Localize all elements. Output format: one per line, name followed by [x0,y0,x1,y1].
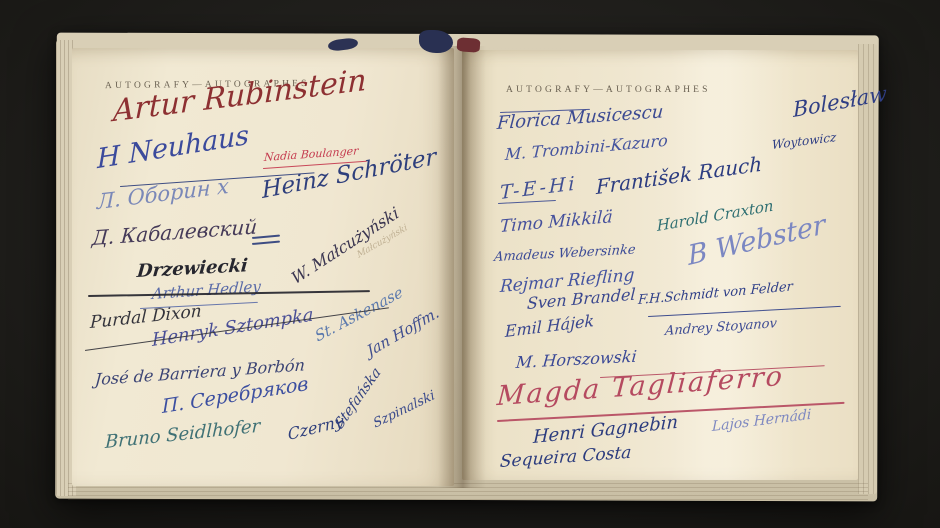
signature-boleslaw-woytowicz: Bolesław [793,83,888,121]
signature-sequeira-costa: Sequeira Costa [499,445,632,471]
signature-szpinalski: Szpinalski [372,389,436,431]
signature-artur-rubinstein: Artur Rubinstein [113,66,367,127]
signature-bruno-seidlhofer: Bruno Seidlhofer [105,418,261,452]
signature-florica-musicescu: Florica Musicescu [496,103,664,133]
signature-h-neuhaus: H Neuhaus [97,122,249,173]
signature-amadeus-webersinke: Amadeus Webersinke [493,244,636,264]
signature-m-horszowski: M. Horszowski [515,349,637,371]
signature-stroke [648,306,841,317]
signature-schmidt-von-felder: F.H.Schmidt von Felder [638,280,793,307]
signature-l-oborin: Л. Оборин х [97,176,229,213]
signature-henri-gagnebin: Henri Gagnebin [533,414,679,447]
signature-z-drzewiecki: Drzewiecki [136,257,248,281]
signature-woytowicz: Woytowicz [772,131,836,151]
signature-stroke [252,241,280,245]
signature-lajos-hernadi: Lajos Hernádi [712,408,812,434]
signature-timo-mikkila: Timo Mikkilä [500,209,613,236]
signature-d-kabalevsky: Д. Кабалевский [91,216,258,248]
autograph-book-photo: AUTOGRAFY—AUTOGRAPHES AUTOGRAFY—AUTOGRAP… [0,0,940,528]
signatures-layer: Artur RubinsteinH NeuhausNadia Boulanger… [0,0,940,528]
signature-nadia-boulanger: Nadia Boulanger [264,145,359,163]
signature-emil-hajek: Emil Hájek [505,313,594,340]
signature-arthur-hedley: Arthur Hedley [151,279,261,302]
signature-andrey-stoyanov: Andrey Stoyanov [665,317,778,338]
signature-m-trombini-kazuro: M. Trombini-Kazuro [505,133,669,163]
signature-frantisek-rauch: František Rauch [596,154,762,198]
signature-fou-tsong-chinese: T-E-Hi [500,174,578,203]
